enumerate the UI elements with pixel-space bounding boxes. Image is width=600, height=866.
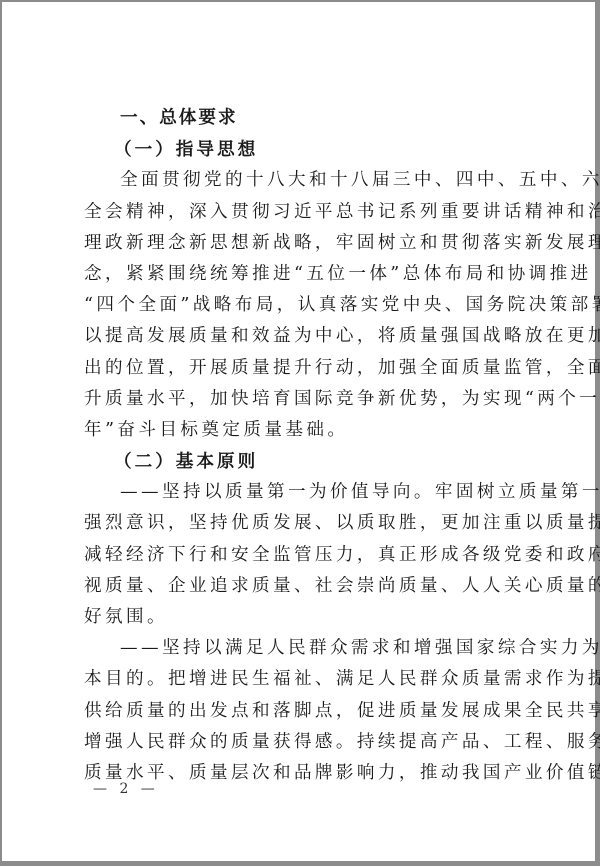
text-line: 增强人民群众的质量获得感。持续提高产品、工程、服务的 xyxy=(84,727,536,758)
text-line: 本目的。把增进民生福祉、满足人民群众质量需求作为提高 xyxy=(84,664,536,695)
page-number: — 2 — xyxy=(93,781,159,797)
text-line: 好氛围。 xyxy=(84,602,536,633)
text-line: 念，紧紧围绕统筹推进“五位一体”总体布局和协调推进 xyxy=(84,259,536,290)
text-line: ——坚持以满足人民群众需求和增强国家综合实力为根 xyxy=(84,633,536,664)
text-line: 减轻经济下行和安全监管压力，真正形成各级党委和政府重 xyxy=(84,540,536,571)
document-body: 一、总体要求 （一）指导思想 全面贯彻党的十八大和十八届三中、四中、五中、六中 … xyxy=(84,103,536,789)
paragraph-guiding-ideology: 全面贯彻党的十八大和十八届三中、四中、五中、六中 全会精神，深入贯彻习近平总书记… xyxy=(84,165,536,446)
text-line: 以提高发展质量和效益为中心，将质量强国战略放在更加突 xyxy=(84,321,536,352)
text-line: 理政新理念新思想新战略，牢固树立和贯彻落实新发展理 xyxy=(84,228,536,259)
subsection-heading-guiding-ideology: （一）指导思想 xyxy=(84,134,536,165)
text-line: 全面贯彻党的十八大和十八届三中、四中、五中、六中 xyxy=(84,165,536,196)
text-line: 出的位置，开展质量提升行动，加强全面质量监管，全面提 xyxy=(84,353,536,384)
text-line: 升质量水平，加快培育国际竞争新优势，为实现“两个一百 xyxy=(84,384,536,415)
paragraph-principle-people-needs: ——坚持以满足人民群众需求和增强国家综合实力为根 本目的。把增进民生福祉、满足人… xyxy=(84,633,536,789)
text-line: “四个全面”战略布局，认真落实党中央、国务院决策部署， xyxy=(84,290,536,321)
paragraph-principle-quality-first: ——坚持以质量第一为价值导向。牢固树立质量第一的 强烈意识，坚持优质发展、以质取… xyxy=(84,477,536,633)
text-line: 视质量、企业追求质量、社会崇尚质量、人人关心质量的良 xyxy=(84,571,536,602)
text-line: 全会精神，深入贯彻习近平总书记系列重要讲话精神和治国 xyxy=(84,197,536,228)
section-heading: 一、总体要求 xyxy=(84,103,536,134)
subsection-heading-basic-principles: （二）基本原则 xyxy=(84,446,536,477)
text-line: 供给质量的出发点和落脚点，促进质量发展成果全民共享， xyxy=(84,696,536,727)
text-line: ——坚持以质量第一为价值导向。牢固树立质量第一的 xyxy=(84,477,536,508)
text-line: 强烈意识，坚持优质发展、以质取胜，更加注重以质量提升 xyxy=(84,508,536,539)
text-line: 年”奋斗目标奠定质量基础。 xyxy=(84,415,536,446)
